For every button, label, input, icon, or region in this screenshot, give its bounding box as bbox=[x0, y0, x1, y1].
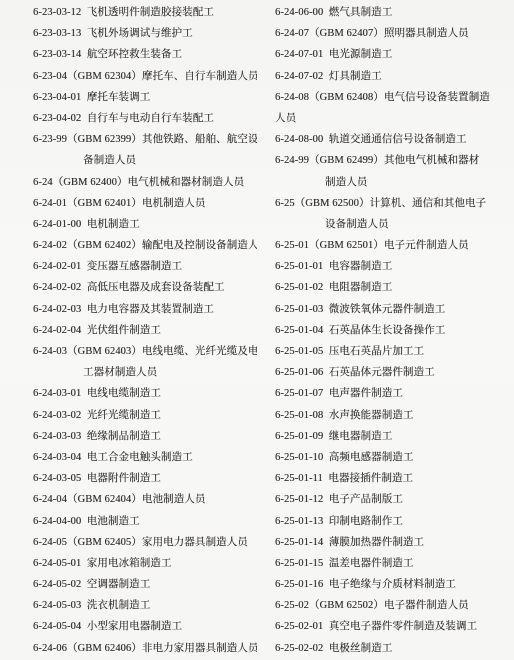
entry-line: 6-25-01-01 电容器制造工 bbox=[275, 256, 514, 277]
entry-line: 6-24-05（GBM 62405）家用电力器具制造人员 bbox=[33, 532, 257, 553]
entry-line: 6-24-03（GBM 62403）电线电缆、光纤光缆及电 bbox=[33, 341, 257, 362]
entry-line: 6-25-01-09 继电器制造工 bbox=[275, 426, 514, 447]
entry-line: 6-24-06（GBM 62406）非电力家用器具制造人员 bbox=[33, 638, 257, 659]
entry-line: 6-23-04-01 摩托车装调工 bbox=[33, 87, 257, 108]
entry-line: 6-24-07-01 电光源制造工 bbox=[275, 44, 514, 65]
entry-line: 6-23-03-13 飞机外场调试与维护工 bbox=[33, 23, 257, 44]
entry-line: 6-23-03-14 航空环控救生装备工 bbox=[33, 44, 257, 65]
entry-line: 6-24-99（GBM 62499）其他电气机械和器材 bbox=[275, 150, 514, 171]
entry-line: 6-24-03-04 电工合金电触头制造工 bbox=[33, 447, 257, 468]
entry-line: 6-25-01-06 石英晶体元器件制造工 bbox=[275, 362, 514, 383]
entry-line: 6-23-99（GBM 62399）其他铁路、船舶、航空设 bbox=[33, 129, 257, 150]
column-right: 6-24-06-00 燃气具制造工6-24-07（GBM 62407）照明器具制… bbox=[257, 2, 514, 660]
entry-line: 6-24-03-01 电线电缆制造工 bbox=[33, 383, 257, 404]
entry-line: 6-25-01-11 电器接插件制造工 bbox=[275, 468, 514, 489]
entry-line: 6-25-01-14 薄膜加热器件制造工 bbox=[275, 532, 514, 553]
entry-line: 6-25-01（GBM 62501）电子元件制造人员 bbox=[275, 235, 514, 256]
entry-line: 人员 bbox=[275, 108, 514, 129]
entry-line: 6-24-01-00 电机制造工 bbox=[33, 214, 257, 235]
entry-line: 6-24（GBM 62400）电气机械和器材制造人员 bbox=[33, 172, 257, 193]
entry-line: 6-24-05-04 小型家用电器制造工 bbox=[33, 616, 257, 637]
entry-line: 6-24-06-00 燃气具制造工 bbox=[275, 2, 514, 23]
entry-line: 备制造人员 bbox=[33, 150, 257, 171]
entry-line: 6-23-03-12 飞机透明件制造胶接装配工 bbox=[33, 2, 257, 23]
document-page: 6-23-03-12 飞机透明件制造胶接装配工6-23-03-13 飞机外场调试… bbox=[0, 0, 514, 660]
entry-line: 6-25-02（GBM 62502）电子器件制造人员 bbox=[275, 595, 514, 616]
entry-line: 6-25（GBM 62500）计算机、通信和其他电子 bbox=[275, 193, 514, 214]
entry-line: 6-24-05-01 家用电冰箱制造工 bbox=[33, 553, 257, 574]
entry-line: 6-24-01（GBM 62401）电机制造人员 bbox=[33, 193, 257, 214]
entry-line: 6-23-04（GBM 62304）摩托车、自行车制造人员 bbox=[33, 66, 257, 87]
entry-line: 工器材制造人员 bbox=[33, 362, 257, 383]
entry-line: 6-25-01-16 电子绝缘与介质材料制造工 bbox=[275, 574, 514, 595]
entry-line: 6-24-03-02 光纤光缆制造工 bbox=[33, 405, 257, 426]
entry-line: 6-25-01-04 石英晶体生长设备操作工 bbox=[275, 320, 514, 341]
entry-line: 6-25-01-10 高频电感器制造工 bbox=[275, 447, 514, 468]
entry-line: 6-24-02-02 高低压电器及成套设备装配工 bbox=[33, 277, 257, 298]
entry-line: 6-25-01-15 温差电器件制造工 bbox=[275, 553, 514, 574]
entry-line: 6-24-04（GBM 62404）电池制造人员 bbox=[33, 489, 257, 510]
entry-line: 6-24-07-02 灯具制造工 bbox=[275, 66, 514, 87]
entry-line: 6-24-08-00 轨道交通通信信号设备制造工 bbox=[275, 129, 514, 150]
entry-line: 6-25-02-01 真空电子器件零件制造及装调工 bbox=[275, 616, 514, 637]
column-left: 6-23-03-12 飞机透明件制造胶接装配工6-23-03-13 飞机外场调试… bbox=[0, 2, 257, 660]
entry-line: 6-25-01-07 电声器件制造工 bbox=[275, 383, 514, 404]
entry-line: 6-24-07（GBM 62407）照明器具制造人员 bbox=[275, 23, 514, 44]
entry-line: 6-25-02-02 电极丝制造工 bbox=[275, 638, 514, 659]
entry-line: 6-24-03-03 绝缘制品制造工 bbox=[33, 426, 257, 447]
entry-line: 6-25-01-12 电子产品制版工 bbox=[275, 489, 514, 510]
entry-line: 6-24-04-00 电池制造工 bbox=[33, 511, 257, 532]
entry-line: 6-25-01-08 水声换能器制造工 bbox=[275, 405, 514, 426]
entry-line: 6-25-01-03 微波铁氧体元器件制造工 bbox=[275, 299, 514, 320]
entry-line: 6-25-01-13 印制电路制作工 bbox=[275, 511, 514, 532]
entry-line: 6-24-02-04 光伏组件制造工 bbox=[33, 320, 257, 341]
entry-line: 6-24-03-05 电器附件制造工 bbox=[33, 468, 257, 489]
entry-line: 6-24-05-03 洗衣机制造工 bbox=[33, 595, 257, 616]
entry-line: 6-25-01-05 压电石英晶片加工工 bbox=[275, 341, 514, 362]
entry-line: 设备制造人员 bbox=[275, 214, 514, 235]
entry-line: 6-23-04-02 自行车与电动自行车装配工 bbox=[33, 108, 257, 129]
entry-line: 6-25-01-02 电阻器制造工 bbox=[275, 277, 514, 298]
entry-line: 6-24-02-01 变压器互感器制造工 bbox=[33, 256, 257, 277]
entry-line: 6-24-05-02 空调器制造工 bbox=[33, 574, 257, 595]
entry-line: 6-24-02-03 电力电容器及其装置制造工 bbox=[33, 299, 257, 320]
entry-line: 制造人员 bbox=[275, 172, 514, 193]
entry-line: 6-24-02（GBM 62402）输配电及控制设备制造人员 bbox=[33, 235, 257, 256]
entry-line: 6-24-08（GBM 62408）电气信号设备装置制造 bbox=[275, 87, 514, 108]
